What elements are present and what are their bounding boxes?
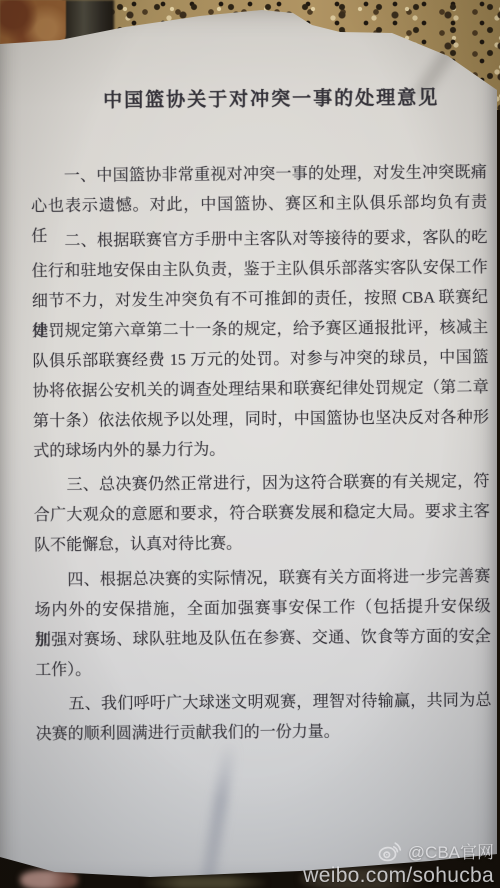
document-title: 中国篮协关于对冲突一事的处理意见: [43, 86, 499, 114]
document-line: 加强对赛场、球队驻地及队伍在参赛、交通、饮食等方面的安全: [35, 622, 491, 656]
paragraph-3: 三、总决赛仍然正常进行，因为这符合联赛的有关规定，符 合广大观众的意愿和要求，符…: [33, 467, 490, 561]
document-line: 处罚规定第六章第二十一条的规定，给予赛区通报批评，核减主: [32, 313, 488, 347]
watermark-account: @CBA官网: [408, 844, 494, 861]
paragraph-5: 五、我们呼吁广大球迷文明观赛，理智对待输赢，共同为总 决赛的顺利圆满进行贡献我们…: [35, 686, 492, 750]
paragraph-2: 二、根据联赛官方手册中主客队对等接待的要求，客队的吃 住行和驻地安保由主队负责，…: [31, 223, 489, 467]
document-line: 合广大观众的意愿和要求，符合联赛发展和稳定大局。要求主客: [34, 497, 490, 531]
watermark-url: weibo.com/sohucba: [303, 865, 494, 886]
document-line: 三、总决赛仍然正常进行，因为这符合联赛的有关规定，符: [33, 467, 489, 501]
document-line: 一、中国篮协非常重视对冲突一事的处理，对发生冲突既痛: [31, 158, 487, 192]
photo-of-document: 中国篮协关于对冲突一事的处理意见 一、中国篮协非常重视对冲突一事的处理，对发生冲…: [0, 0, 500, 888]
document-body: 中国篮协关于对冲突一事的处理意见 一、中国篮协非常重视对冲突一事的处理，对发生冲…: [30, 86, 492, 754]
document-line: 工作）。: [35, 652, 491, 686]
document-line: 式的球场内外的暴力行为。: [33, 433, 489, 467]
document-line: 队俱乐部联赛经费 15 万元的处罚。对参与冲突的球员，中国篮: [32, 343, 488, 377]
document-line: 二、根据联赛官方手册中主客队对等接待的要求，客队的吃: [31, 223, 487, 257]
document-line: 协将依据公安机关的调查处理结果和联赛纪律处罚规定（第二章: [33, 373, 489, 407]
document-line: 细节不力，对发生冲突负有不可推卸的责任，按照 CBA 联赛纪律: [32, 283, 488, 317]
document-line: 第十条）依法依规予以处理，同时，中国篮协也坚决反对各种形: [33, 403, 489, 437]
weibo-icon: [377, 840, 403, 864]
weibo-watermark: @CBA官网 weibo.com/sohucba: [303, 840, 494, 886]
document-line: 场内外的安保措施，全面加强赛事安保工作（包括提升安保级别，: [35, 592, 491, 626]
document-line: 四、根据总决赛的实际情况，联赛有关方面将进一步完善赛: [34, 562, 490, 596]
document-line: 住行和驻地安保由主队负责，鉴于主队俱乐部落实客队安保工作: [32, 253, 488, 287]
paper-crease: [200, 740, 236, 888]
document-line: 决赛的顺利圆满进行贡献我们的一份力量。: [36, 716, 492, 750]
table-clutter: [145, 876, 265, 888]
document-line: 五、我们呼吁广大球迷文明观赛，理智对待输赢，共同为总: [35, 686, 491, 720]
paragraph-4: 四、根据总决赛的实际情况，联赛有关方面将进一步完善赛 场内外的安保措施，全面加强…: [34, 562, 491, 686]
document-line: 队不能懈怠，认真对待比赛。: [34, 527, 490, 561]
document-line: 心也表示遗憾。对此，中国篮协、赛区和主队俱乐部均负有责任。: [31, 188, 487, 222]
paragraph-1: 一、中国篮协非常重视对冲突一事的处理，对发生冲突既痛 心也表示遗憾。对此，中国篮…: [31, 158, 488, 222]
